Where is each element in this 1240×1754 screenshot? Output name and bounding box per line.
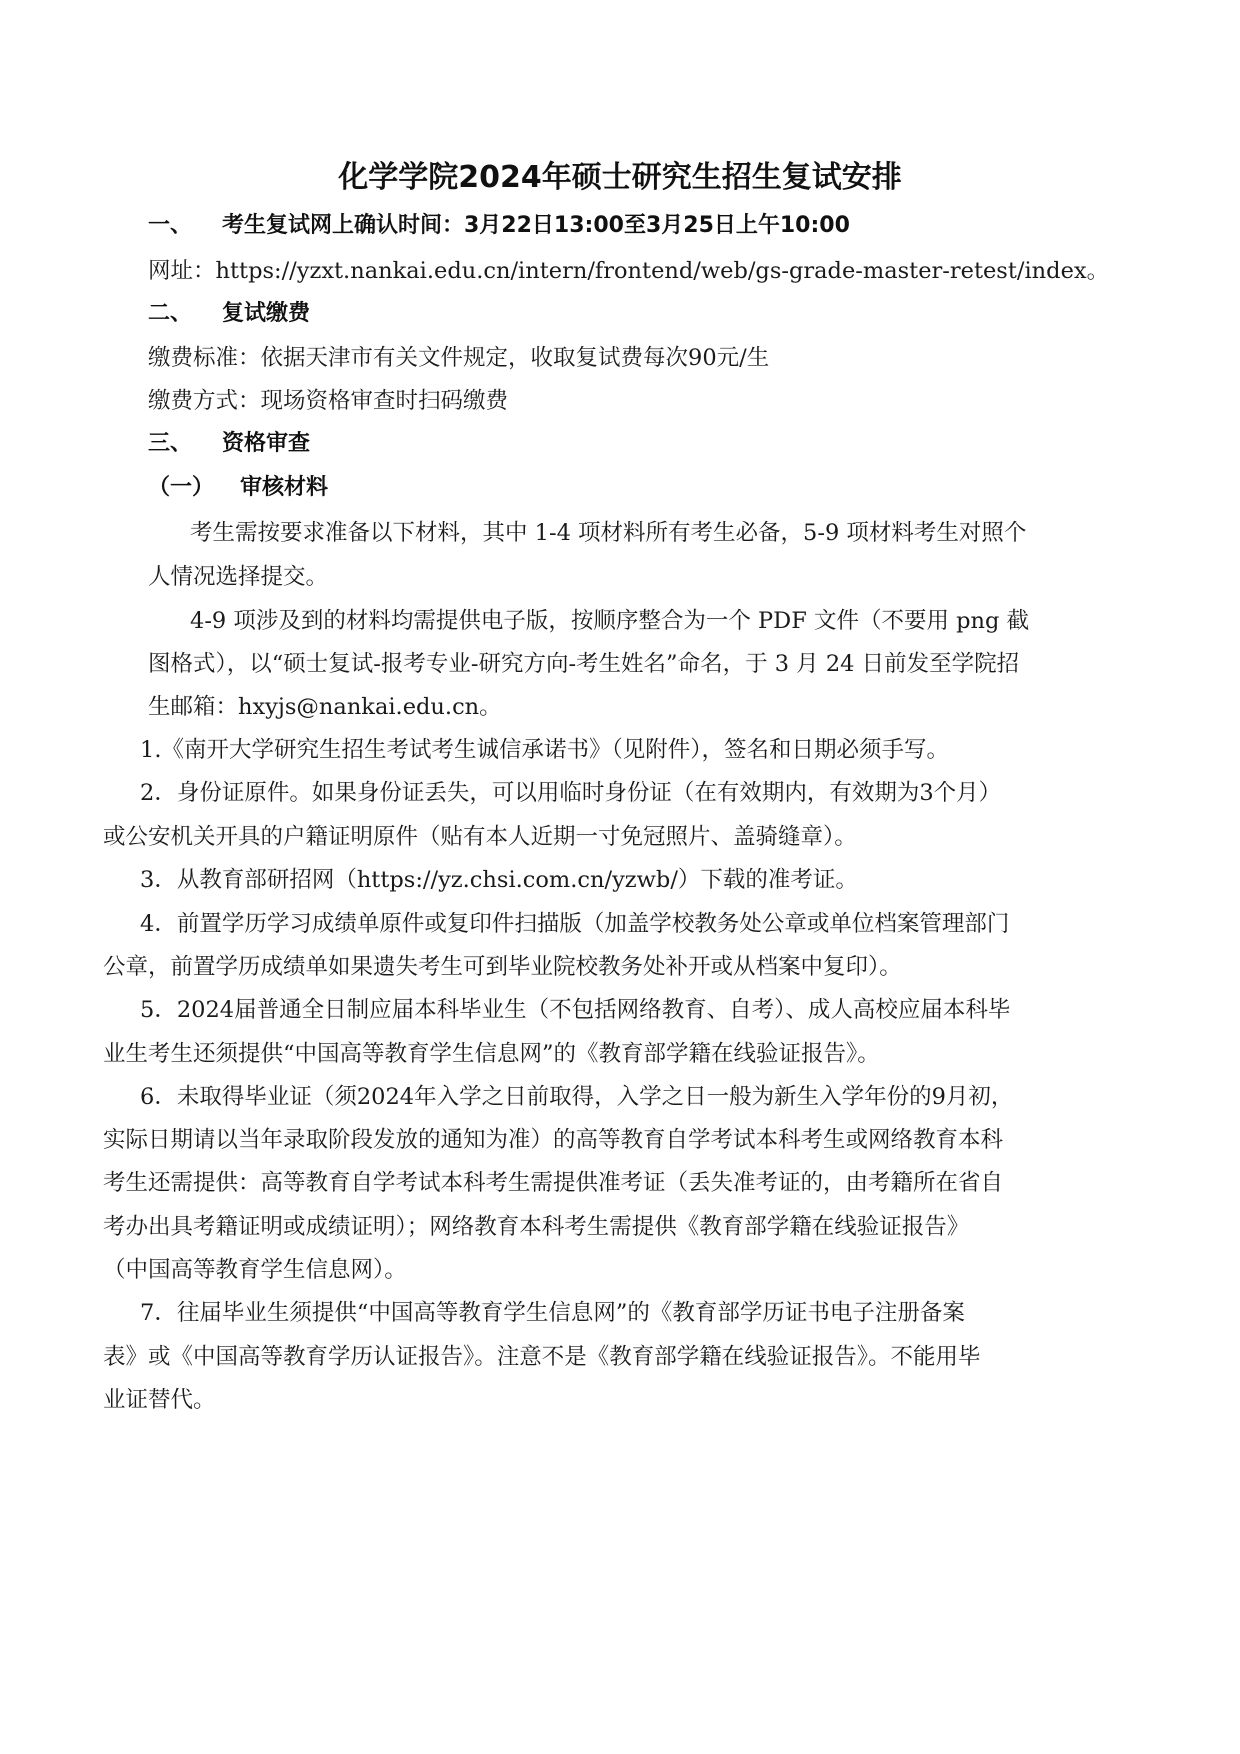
subsection-1-heading: （一）审核材料 bbox=[148, 473, 328, 503]
item-5-line-2: 业生考生还须提供“中国高等教育学生信息网”的《教育部学籍在线验证报告》。 bbox=[103, 1039, 880, 1069]
item-4-line-2: 公章，前置学历成绩单如果遗失考生可到毕业院校教务处补开或从档案中复印）。 bbox=[103, 952, 902, 982]
section-2-heading: 二、复试缴费 bbox=[148, 299, 310, 329]
pdf-line-3-email[interactable]: 生邮箱：hxyjs@nankai.edu.cn。 bbox=[148, 692, 502, 722]
document-page: 化学学院2024年硕士研究生招生复试安排 一、考生复试网上确认时间：3月22日1… bbox=[0, 0, 1240, 1754]
item-3-line-1[interactable]: 3．从教育部研招网（https://yz.chsi.com.cn/yzwb/）下… bbox=[140, 865, 858, 895]
subsection-1-number: （一） bbox=[148, 473, 240, 503]
section-3-number: 三、 bbox=[148, 429, 222, 459]
section-3-heading: 三、资格审查 bbox=[148, 429, 310, 459]
item-5-line-1: 5．2024届普通全日制应届本科毕业生（不包括网络教育、自考）、成人高校应届本科… bbox=[140, 995, 1010, 1025]
item-6-line-5: （中国高等教育学生信息网）。 bbox=[103, 1255, 407, 1285]
section-2-title: 复试缴费 bbox=[222, 301, 310, 326]
pdf-line-1: 4-9 项涉及到的材料均需提供电子版，按顺序整合为一个 PDF 文件（不要用 p… bbox=[190, 606, 1029, 636]
page-title: 化学学院2024年硕士研究生招生复试安排 bbox=[0, 152, 1240, 196]
item-7-line-3: 业证替代。 bbox=[103, 1385, 216, 1415]
item-6-line-2: 实际日期请以当年录取阶段发放的通知为准）的高等教育自学考试本科考生或网络教育本科 bbox=[103, 1125, 1003, 1155]
item-6-line-4: 考办出具考籍证明或成绩证明）；网络教育本科考生需提供《教育部学籍在线验证报告》 bbox=[103, 1212, 969, 1242]
item-6-line-1: 6．未取得毕业证（须2024年入学之日前取得，入学之日一般为新生入学年份的9月初… bbox=[140, 1082, 1013, 1112]
registration-url-line[interactable]: 网址：https://yzxt.nankai.edu.cn/intern/fro… bbox=[148, 256, 1109, 286]
section-3-title: 资格审查 bbox=[222, 431, 310, 456]
fee-standard: 缴费标准：依据天津市有关文件规定，收取复试费每次90元/生 bbox=[148, 343, 769, 373]
fee-method: 缴费方式：现场资格审查时扫码缴费 bbox=[148, 386, 508, 416]
pdf-line-2: 图格式），以“硕士复试-报考专业-研究方向-考生姓名”命名，于 3 月 24 日… bbox=[148, 649, 1019, 679]
item-2-line-2: 或公安机关开具的户籍证明原件（贴有本人近期一寸免冠照片、盖骑缝章）。 bbox=[103, 822, 857, 852]
item-1-line-1: 1.《南开大学研究生招生考试考生诚信承诺书》（见附件），签名和日期必须手写。 bbox=[140, 735, 949, 765]
item-7-line-1: 7．往届毕业生须提供“中国高等教育学生信息网”的《教育部学历证书电子注册备案 bbox=[140, 1298, 965, 1328]
intro-line-1: 考生需按要求准备以下材料，其中 1-4 项材料所有考生必备，5-9 项材料考生对… bbox=[190, 518, 1026, 548]
item-7-line-2: 表》或《中国高等教育学历认证报告》。注意不是《教育部学籍在线验证报告》。不能用毕 bbox=[103, 1342, 981, 1372]
item-4-line-1: 4．前置学历学习成绩单原件或复印件扫描版（加盖学校教务处公章或单位档案管理部门 bbox=[140, 909, 1009, 939]
section-2-number: 二、 bbox=[148, 299, 222, 329]
item-2-line-1: 2．身份证原件。如果身份证丢失，可以用临时身份证（在有效期内，有效期为3个月） bbox=[140, 778, 1001, 808]
item-6-line-3: 考生还需提供：高等教育自学考试本科考生需提供准考证（丢失准考证的，由考籍所在省自 bbox=[103, 1168, 1003, 1198]
section-1-title: 考生复试网上确认时间：3月22日13:00至3月25日上午10:00 bbox=[222, 213, 850, 238]
section-1-heading: 一、考生复试网上确认时间：3月22日13:00至3月25日上午10:00 bbox=[148, 211, 850, 241]
subsection-1-title: 审核材料 bbox=[240, 475, 328, 500]
intro-line-2: 人情况选择提交。 bbox=[148, 562, 328, 592]
section-1-number: 一、 bbox=[148, 211, 222, 241]
